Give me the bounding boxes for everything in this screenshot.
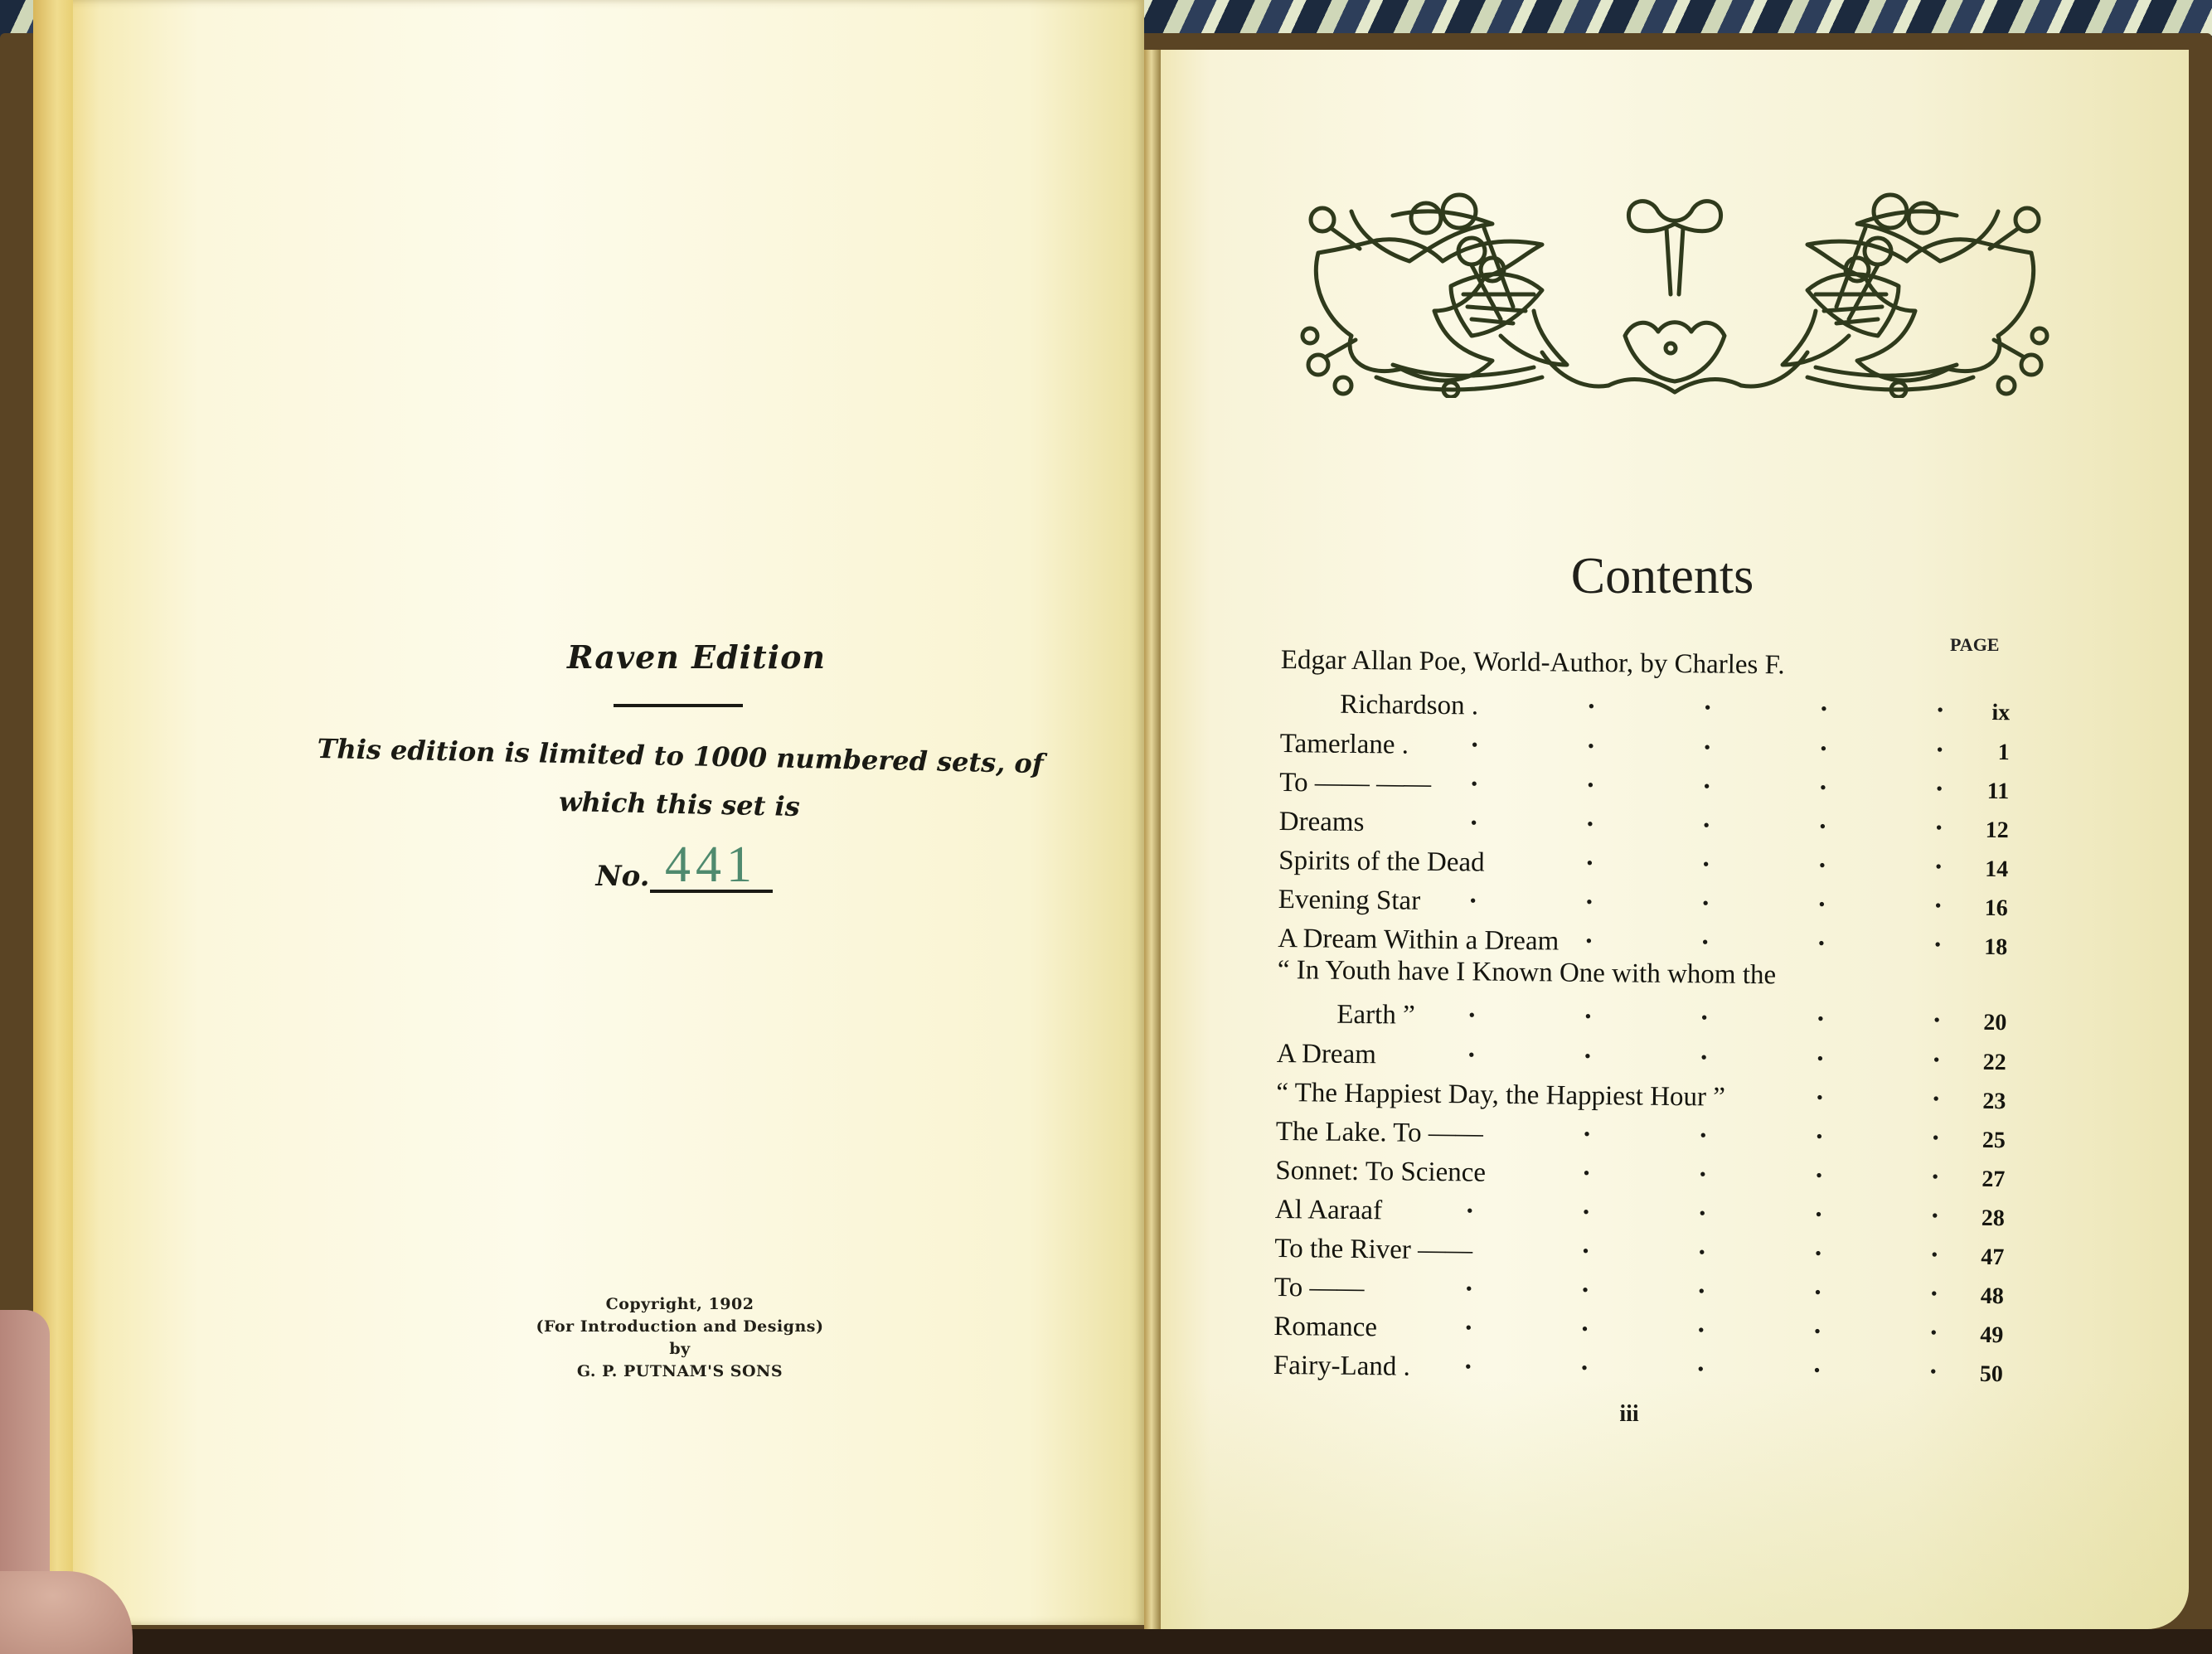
dot-leader xyxy=(1494,1151,1939,1186)
ornament-right-half xyxy=(1741,195,2047,397)
dot-leader xyxy=(1372,1266,1938,1302)
number-label: No. xyxy=(596,860,650,893)
toc-entry-page: 28 xyxy=(1947,1205,2005,1232)
toc-entry-page: 16 xyxy=(1950,895,2008,922)
copyright-line-1: Copyright, 1902 xyxy=(497,1293,862,1316)
toc-entry-page: 22 xyxy=(1948,1049,2006,1076)
copyright-notice: Copyright, 1902 (For Introduction and De… xyxy=(497,1293,862,1383)
toc-entry-page: 23 xyxy=(1948,1088,2006,1115)
toc-entry-title: A Dream Within a Dream xyxy=(1278,924,1559,958)
copyright-line-4: G. P. PUTNAM'S SONS xyxy=(497,1361,862,1383)
toc-entry: “ In Youth have I Known One with whom th… xyxy=(1277,955,2007,1039)
toc-entry-title: Dreams xyxy=(1279,807,1365,838)
background-shadow xyxy=(0,1629,2212,1654)
toc-entry-title: Evening Star xyxy=(1278,885,1421,917)
dot-leader xyxy=(1492,1112,1939,1147)
divider-rule xyxy=(614,704,743,707)
contents-heading: Contents xyxy=(1526,547,1799,606)
toc-entry-title: Al Aaraaf xyxy=(1275,1195,1383,1226)
book-gutter xyxy=(1144,50,1162,1629)
toc-entry-title: “ The Happiest Day, the Happiest Hour ” xyxy=(1276,1078,1725,1113)
foliage-ornament-icon xyxy=(1293,187,2056,398)
toc-entry-page: ix xyxy=(1952,699,2010,726)
table-of-contents: Edgar Allan Poe, World-Author, by Charle… xyxy=(1273,645,2011,1390)
dot-leader xyxy=(1385,1032,1940,1069)
page-folio: iii xyxy=(1604,1401,1654,1428)
toc-entry-title: Tamerlane . xyxy=(1280,729,1409,761)
dot-leader xyxy=(1390,1188,1938,1225)
copyright-line-2: (For Introduction and Designs) xyxy=(497,1316,862,1338)
toc-entry-title: Fairy-Land . xyxy=(1273,1351,1410,1383)
toc-entry-page: 12 xyxy=(1951,817,2009,844)
toc-entry-title: A Dream xyxy=(1277,1039,1376,1070)
set-number-row: No. 441 xyxy=(323,840,1045,893)
limitation-text: This edition is limited to 1000 numbered… xyxy=(314,725,1045,836)
toc-entry-page: 14 xyxy=(1950,856,2008,883)
toc-entry-page: 27 xyxy=(1947,1166,2005,1193)
ornament-center xyxy=(1608,201,1741,392)
toc-entry-page: 1 xyxy=(1952,739,2010,766)
toc-entry-title: Spirits of the Dead xyxy=(1278,846,1485,879)
dot-leader xyxy=(1487,684,1944,720)
toc-entry-page: 18 xyxy=(1949,934,2007,961)
copyright-line-3: by xyxy=(497,1338,862,1361)
dot-leader xyxy=(1372,800,1943,837)
toc-entry: Fairy-Land . 50 xyxy=(1273,1343,2003,1390)
toc-entry-page: 48 xyxy=(1946,1283,2004,1310)
dot-leader xyxy=(1567,919,1941,954)
toc-entry-page: 47 xyxy=(1946,1244,2004,1271)
edition-title: Raven Edition xyxy=(348,638,1045,676)
toc-entry-title: Romance xyxy=(1273,1312,1377,1343)
toc-entry-title: To the River —— xyxy=(1274,1234,1472,1266)
dot-leader xyxy=(1439,762,1943,798)
dot-leader xyxy=(1429,879,1942,914)
ornament-left-half xyxy=(1302,195,1608,397)
dot-leader xyxy=(1385,1305,1938,1341)
dot-leader xyxy=(1417,723,1943,759)
toc-entry: Edgar Allan Poe, World-Author, by Charle… xyxy=(1280,645,2011,729)
toc-entry-title-line-2: Richardson . xyxy=(1340,690,1478,722)
toc-entry-page: 11 xyxy=(1951,778,2009,805)
toc-entry-title: To —— xyxy=(1274,1273,1365,1304)
set-number: 441 xyxy=(650,840,773,893)
toc-entry-page: 50 xyxy=(1945,1361,2003,1388)
toc-entry-page: 25 xyxy=(1948,1127,2006,1154)
dot-leader xyxy=(1424,993,1941,1030)
toc-entry-title: The Lake. To —— xyxy=(1276,1117,1483,1150)
dot-leader xyxy=(1734,1075,1940,1108)
toc-entry-title: Sonnet: To Science xyxy=(1275,1156,1486,1189)
limitation-notice: Raven Edition This edition is limited to… xyxy=(315,638,1045,893)
toc-entry-page: 49 xyxy=(1945,1322,2003,1349)
toc-entry-page: 20 xyxy=(1948,1009,2006,1036)
toc-entry-title-line-2: Earth ” xyxy=(1336,1000,1415,1031)
toc-entry-title: To —— —— xyxy=(1279,768,1431,800)
dot-leader xyxy=(1493,841,1943,876)
dot-leader xyxy=(1481,1229,1938,1264)
dot-leader xyxy=(1419,1345,1937,1381)
